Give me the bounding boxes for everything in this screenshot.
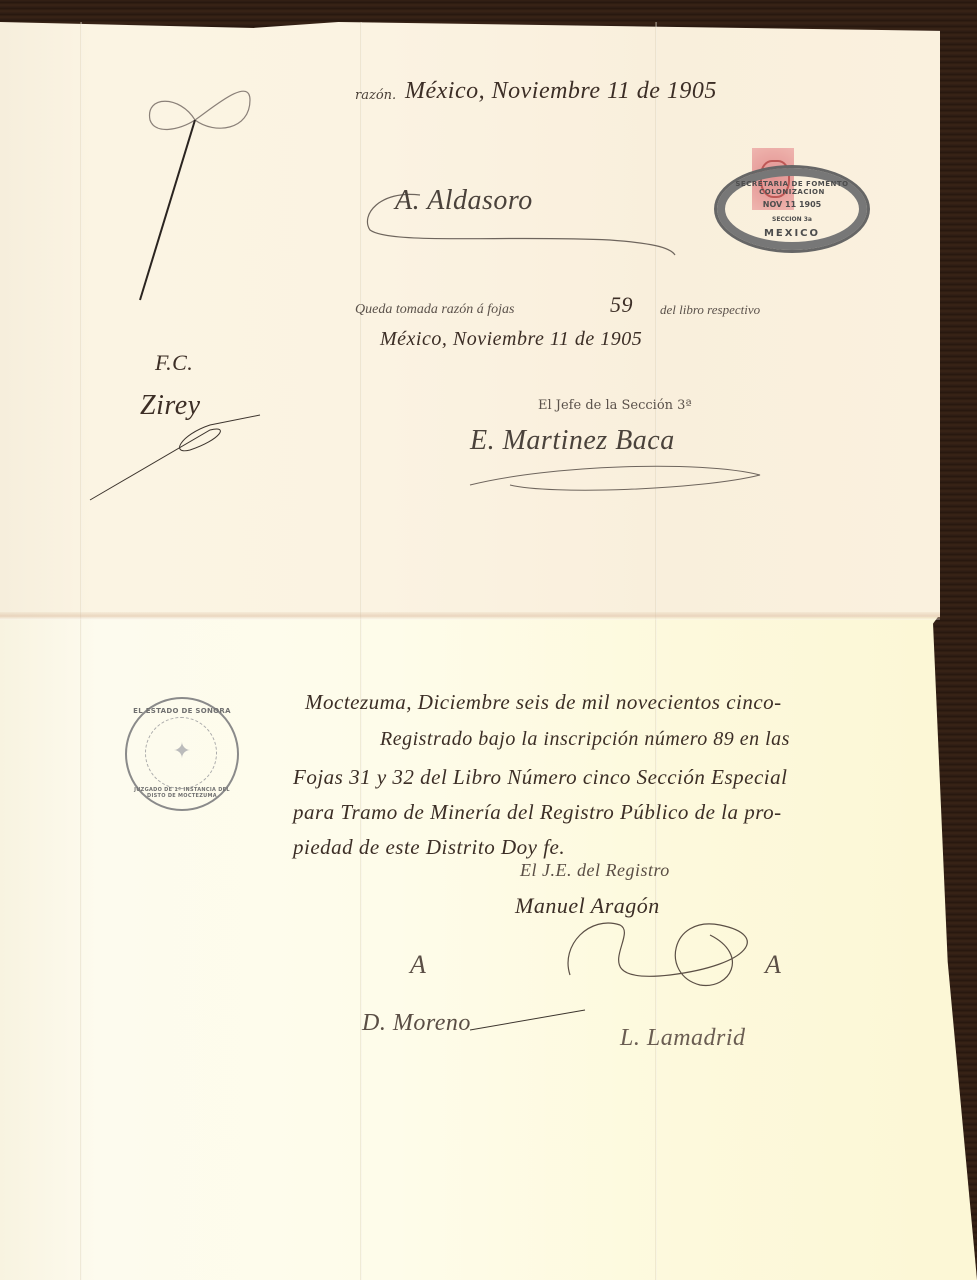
mexican-eagle-icon: ✦: [127, 739, 237, 764]
body-line-4: para Tramo de Minería del Registro Públi…: [293, 800, 782, 825]
paraph-flourish-icon: [140, 70, 270, 310]
body-line-5: piedad de este Distrito Doy fe.: [293, 835, 565, 860]
witness-signature-lamadrid: L. Lamadrid: [620, 1025, 746, 1052]
signature-aldasoro: A. Aldasoro: [395, 185, 533, 217]
body-line-3: Fojas 31 y 32 del Libro Número cinco Sec…: [293, 765, 787, 790]
registrar-title: El J.E. del Registro: [520, 860, 670, 881]
signature-underline-flourish: [450, 455, 790, 500]
folio-number: 59: [610, 292, 633, 318]
place-date-2: México, Noviembre 11 de 1905: [380, 328, 642, 351]
signature-martinez-baca: E. Martinez Baca: [470, 425, 675, 457]
stamp-section: SECCION 3a: [717, 216, 867, 223]
stamp-city: MEXICO: [717, 228, 867, 239]
signature-underline-flourish: [470, 1005, 590, 1035]
witness-mark-left: A: [410, 950, 426, 980]
body-line-1: Moctezuma, Diciembre seis de mil novecie…: [305, 690, 782, 715]
stamp-ring-text: SECRETARIA DE FOMENTO COLONIZACION: [717, 180, 867, 196]
fold-line-horizontal: [0, 612, 940, 620]
fold-line: [80, 22, 82, 1280]
witness-signature-moreno: D. Moreno: [362, 1010, 471, 1037]
left-initials: F.C.: [155, 350, 193, 376]
printed-note-part1: Queda tomada razón á fojas: [355, 302, 514, 318]
rubric-flourish: [550, 915, 780, 990]
printed-note-part2: del libro respectivo: [660, 302, 760, 318]
seal-bottom-text: JUZGADO DE 1ª INSTANCIA DEL DISTO DE MOC…: [127, 787, 237, 799]
seal-top-text: EL ESTADO DE SONORA: [127, 707, 237, 715]
witness-mark-right: A: [765, 950, 781, 980]
stamp-date: NOV 11 1905: [717, 200, 867, 209]
registration-stamp: SECRETARIA DE FOMENTO COLONIZACION NOV 1…: [714, 165, 870, 253]
body-line-2: Registrado bajo la inscripción número 89…: [380, 728, 790, 751]
header-prefix: razón.: [355, 88, 396, 103]
chief-title: El Jefe de la Sección 3ª: [538, 398, 692, 413]
header-place-date: México, Noviembre 11 de 1905: [405, 78, 717, 105]
court-seal: EL ESTADO DE SONORA ✦ JUZGADO DE 1ª INST…: [125, 697, 239, 811]
signature-tail-flourish: [90, 410, 270, 505]
